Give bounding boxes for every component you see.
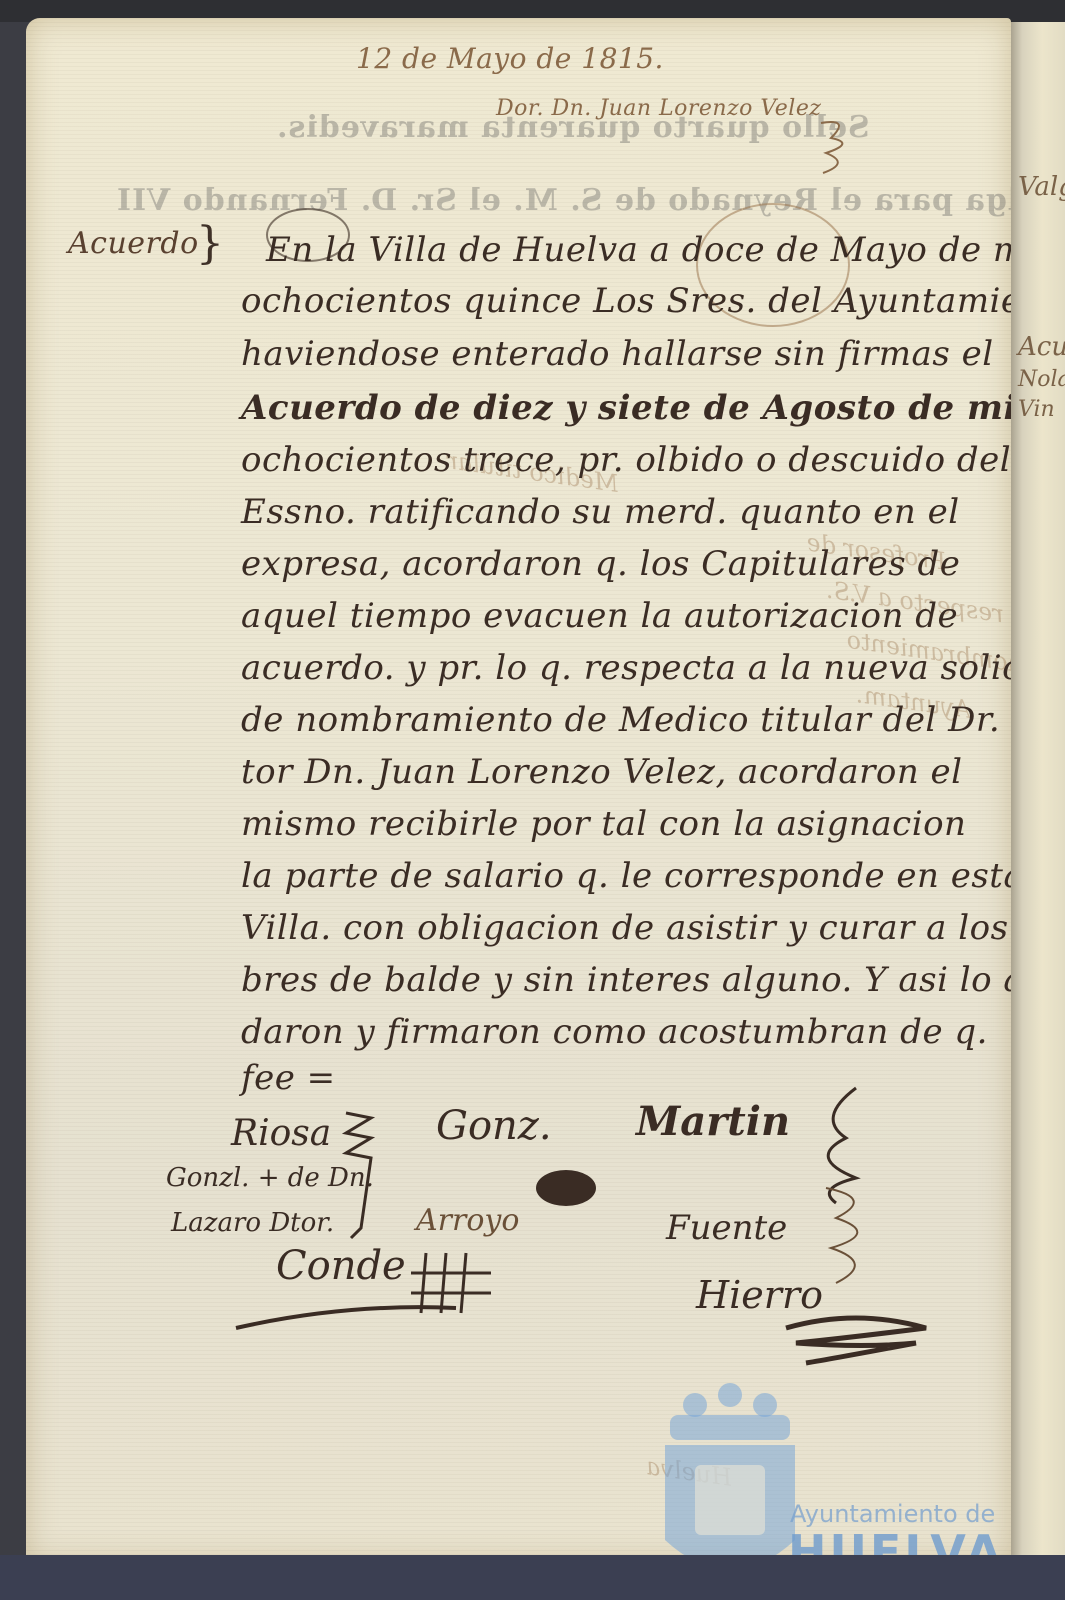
- margin-brace: }: [196, 218, 225, 269]
- signature-arroyo: Arroyo: [416, 1203, 519, 1238]
- signature-fuente: Fuente: [666, 1208, 787, 1248]
- rubric-flourish-icon: [811, 113, 861, 183]
- body-line: ochocientos trece, pr. olbido o descuido…: [241, 440, 1011, 480]
- body-line: daron y firmaron como acostumbran de q.: [241, 1012, 988, 1052]
- body-line: de nombramiento de Medico titular del Dr…: [241, 700, 1000, 740]
- body-line: mismo recibirle por tal con la asignacio…: [241, 804, 966, 844]
- body-line: bres de balde y sin interes alguno. Y as…: [241, 960, 1011, 1000]
- body-line: tor Dn. Juan Lorenzo Velez, acordaron el: [241, 752, 963, 792]
- rubric-flourish-icon: [326, 1108, 386, 1248]
- header-name: Dor. Dn. Juan Lorenzo Velez: [496, 96, 821, 121]
- edge-fragment: Nola: [1018, 367, 1065, 392]
- stamp-text-line-2: Valga para el Reynado de S. M. el Sr. D.…: [116, 183, 1011, 218]
- edge-fragment: Vin: [1018, 397, 1055, 422]
- header-date: 12 de Mayo de 1815.: [356, 42, 664, 75]
- body-line: fee =: [241, 1058, 336, 1098]
- body-line: acuerdo. y pr. lo q. respecta a la nueva…: [241, 648, 1011, 688]
- adjacent-page-edge: Valg Acu Nola Vin: [1008, 22, 1065, 1582]
- signature-riosa: Riosa: [231, 1113, 331, 1154]
- body-line: expresa, acordaron q. los Capitulares de: [241, 544, 960, 584]
- edge-fragment: Valg: [1018, 172, 1065, 202]
- edge-fragment: Acu: [1018, 332, 1065, 362]
- signature-gonzalez: Gonz.: [436, 1103, 552, 1149]
- margin-note: Acuerdo: [68, 226, 199, 261]
- body-line: la parte de salario q. le corresponde en…: [241, 856, 1011, 896]
- body-line: En la Villa de Huelva a doce de Mayo de …: [266, 230, 1011, 270]
- signature-conde: Conde: [276, 1243, 406, 1289]
- scan-background-bottom: [0, 1555, 1065, 1600]
- underline-stroke: [226, 1298, 466, 1338]
- rubric-scribble-icon: [776, 1308, 936, 1368]
- body-line: Acuerdo de diez y siete de Agosto de mil: [241, 388, 1011, 428]
- signature-lazaro: Lazaro Dtor.: [171, 1208, 334, 1238]
- rubric-flourish-icon: [526, 1158, 606, 1218]
- body-line: Villa. con obligacion de asistir y curar…: [241, 908, 1011, 948]
- signature-martin: Martin: [636, 1098, 790, 1145]
- manuscript-page: Sello quarto quarenta maravedis. Valga p…: [26, 18, 1011, 1563]
- body-line: haviendose enterado hallarse sin firmas …: [241, 334, 994, 374]
- watermark-line-1: Ayuntamiento de: [790, 1500, 995, 1528]
- body-line: ochocientos quince Los Sres. del Ayuntam…: [241, 281, 1011, 321]
- rubric-flourish-icon: [806, 1178, 886, 1298]
- body-line: Essno. ratificando su merd. quanto en el: [241, 492, 960, 532]
- body-line: aquel tiempo evacuen la autorizacion de: [241, 596, 958, 636]
